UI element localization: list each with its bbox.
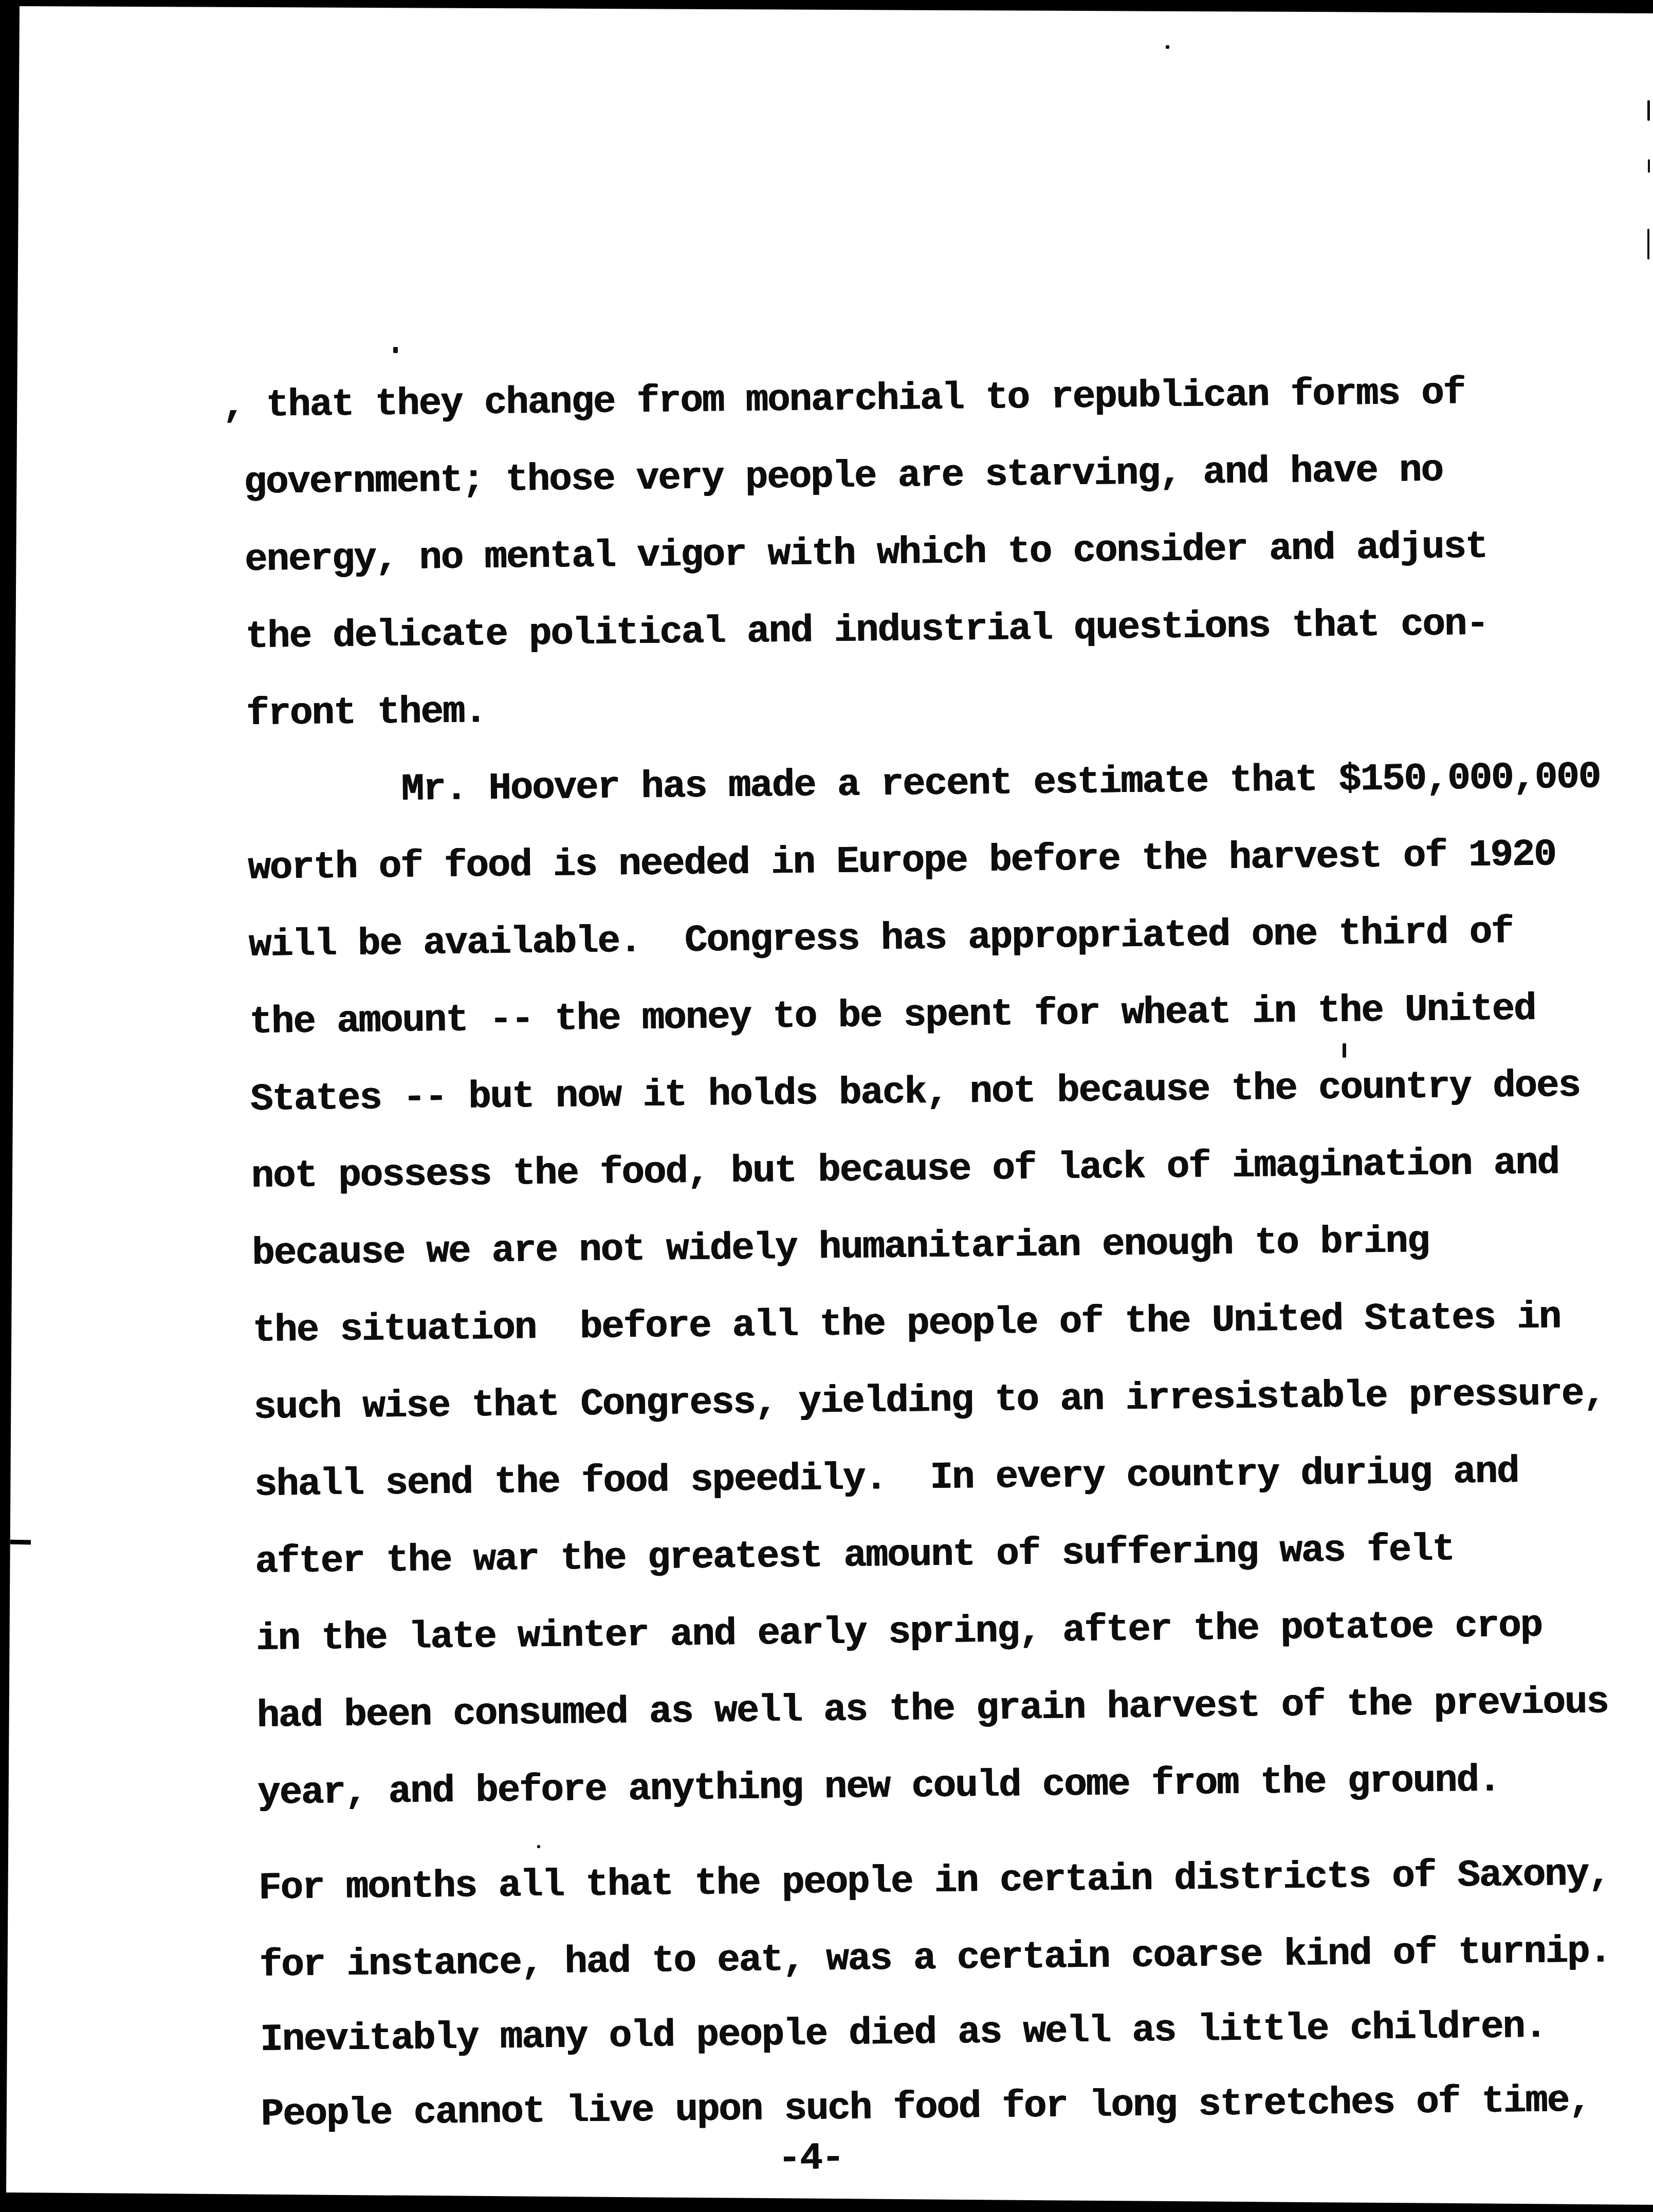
text-line: the situation before all the people of t… bbox=[252, 1292, 1560, 1357]
text-line: People cannot live upon such food for lo… bbox=[261, 2075, 1591, 2141]
ink-speck bbox=[393, 347, 398, 353]
text-line: such wise that Congress, yielding to an … bbox=[253, 1368, 1605, 1434]
paper-sheet: , that they change from monarchial to re… bbox=[0, 0, 1653, 2212]
text-line: front them. bbox=[246, 686, 487, 740]
left-margin-mark bbox=[0, 1539, 31, 1544]
scanned-typewritten-page: , that they change from monarchial to re… bbox=[0, 0, 1653, 2212]
text-line: not possess the food, but because of lac… bbox=[251, 1137, 1559, 1203]
text-line: year, and before anything new could come… bbox=[258, 1755, 1500, 1819]
text-line: States -- but now it holds back, not bec… bbox=[250, 1060, 1581, 1126]
scan-edge-speck bbox=[1647, 100, 1650, 121]
text-line-paragraph-indent: Mr. Hoover has made a recent estimate th… bbox=[401, 751, 1600, 815]
scan-edge-speck bbox=[1647, 229, 1649, 260]
text-line: For months all that the people in certai… bbox=[259, 1849, 1610, 1914]
text-line: shall send the food speedily. In every c… bbox=[254, 1446, 1519, 1511]
text-line: , that they change from monarchial to re… bbox=[223, 367, 1465, 432]
text-line: government; those very people are starvi… bbox=[244, 445, 1443, 509]
text-line: energy, no mental vigor with which to co… bbox=[245, 522, 1487, 586]
typewritten-text-block: , that they change from monarchial to re… bbox=[0, 0, 1653, 2212]
text-line: in the late winter and early spring, aft… bbox=[256, 1600, 1542, 1665]
ink-speck bbox=[1166, 45, 1169, 49]
text-line: Inevitably many old people died as well … bbox=[260, 2001, 1547, 2066]
text-line: after the war the greatest amount of suf… bbox=[255, 1524, 1454, 1588]
page-number: -4- bbox=[778, 2137, 844, 2181]
ink-speck bbox=[537, 1845, 540, 1848]
text-line: had been consumed as well as the grain h… bbox=[256, 1676, 1608, 1742]
text-line: will be available. Congress has appropri… bbox=[249, 907, 1514, 971]
text-line: for instance, had to eat, was a certain … bbox=[259, 1926, 1611, 1992]
scan-edge-speck bbox=[1648, 159, 1650, 173]
text-line: worth of food is needed in Europe before… bbox=[248, 829, 1556, 894]
text-line: the amount -- the money to be spent for … bbox=[249, 984, 1536, 1048]
text-line: the delicate political and industrial qu… bbox=[245, 599, 1488, 663]
text-line: because we are not widely humanitarian e… bbox=[252, 1216, 1429, 1280]
ink-speck bbox=[1343, 1043, 1346, 1058]
